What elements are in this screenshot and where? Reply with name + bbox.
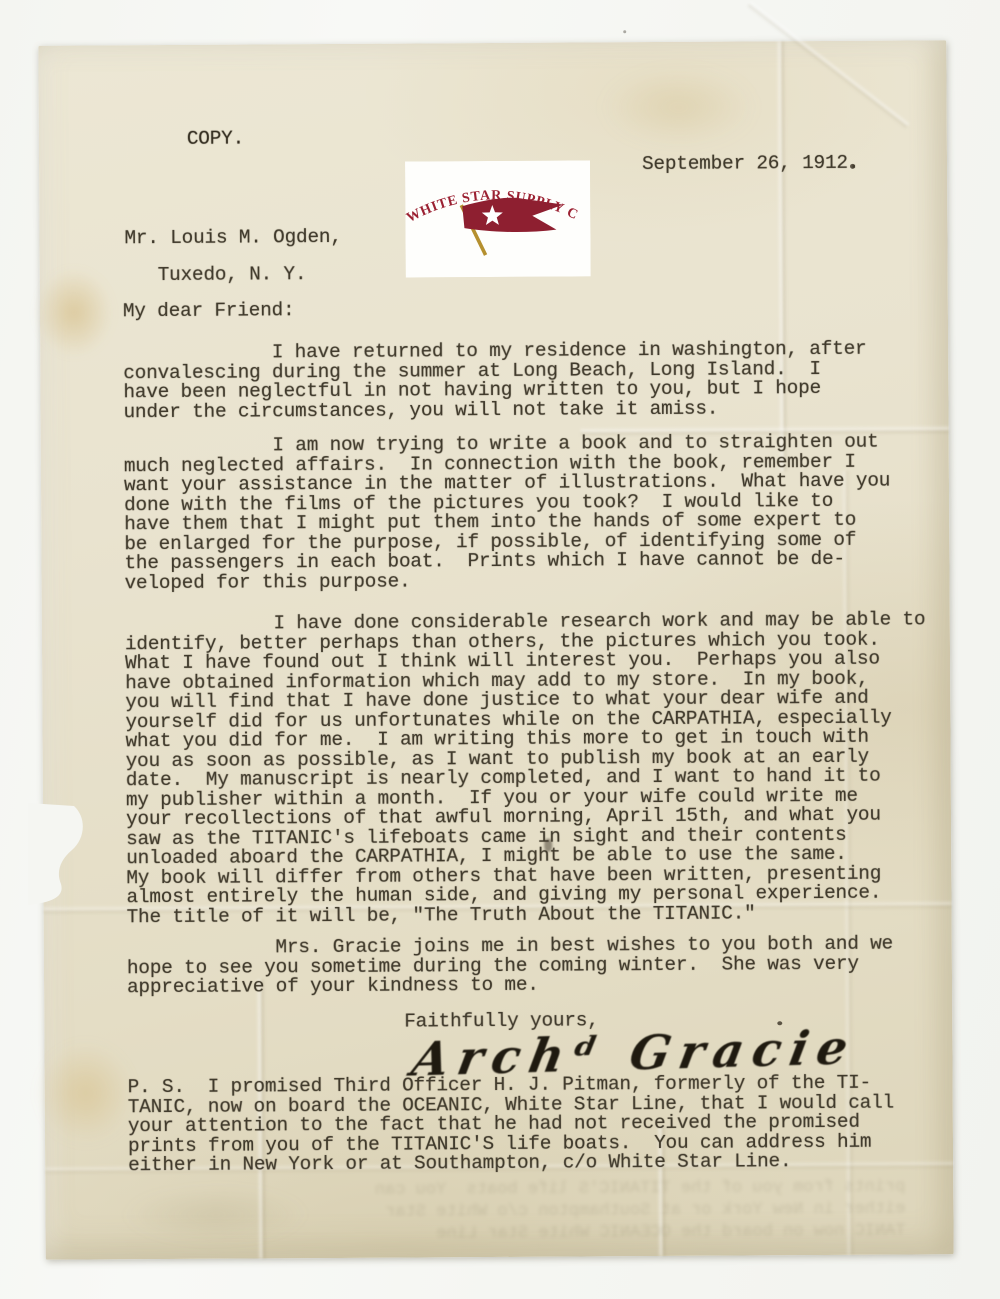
salutation: My dear Friend: <box>123 301 295 322</box>
ink-speck <box>623 30 626 33</box>
postscript: P. S. I promised Third Officer H. J. Pit… <box>128 1074 895 1176</box>
white-star-supply-logo: WHITE STAR SUPPLY CO <box>405 160 591 277</box>
crease-diagonal-top-right <box>747 1 910 130</box>
scanned-letter-photo: COPY. September 26, 1912. WHITE STAR SUP… <box>0 0 1000 1299</box>
paragraph-3: I have done considerable research work a… <box>125 610 927 927</box>
date-line: September 26, 1912. <box>642 154 859 175</box>
letter-paper: COPY. September 26, 1912. WHITE STAR SUP… <box>38 40 953 1260</box>
stain-top-center <box>583 59 774 155</box>
paragraph-4: Mrs. Gracie joins me in best wishes to y… <box>127 935 894 998</box>
copy-label: COPY. <box>187 130 244 150</box>
recipient-city: Tuxedo, N. Y. <box>158 265 307 285</box>
ink-transfer-ghost-text: prints from you of the TITANIC'S life bo… <box>185 1177 905 1247</box>
stain-left-top <box>26 257 123 368</box>
paragraph-2: I am now trying to write a book and to s… <box>124 433 891 594</box>
recipient-name: Mr. Louis M. Ogden, <box>124 228 341 249</box>
paragraph-1: I have returned to my residence in washi… <box>123 340 867 423</box>
